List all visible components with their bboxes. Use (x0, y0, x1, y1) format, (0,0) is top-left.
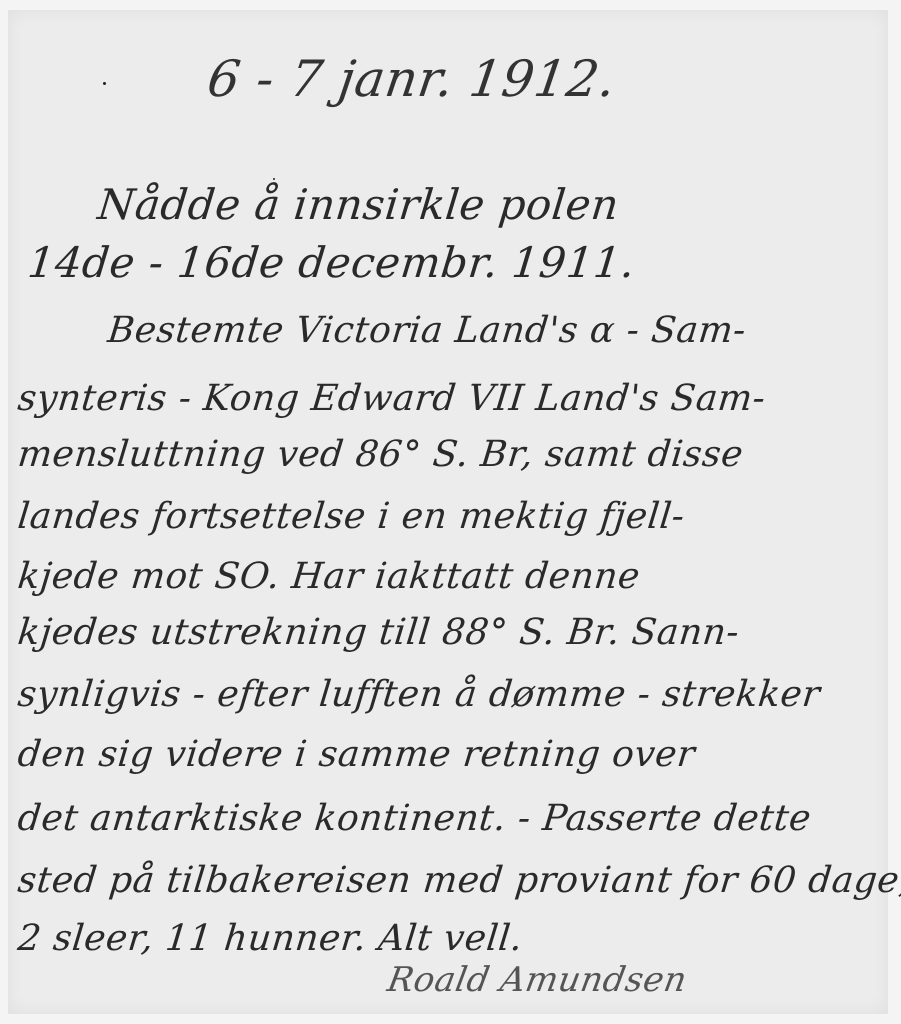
note-line-10: den sig videre i samme retning over (16, 734, 697, 775)
signature: Roald Amundsen (384, 960, 690, 1000)
note-line-5: mensluttning ved 86° S. Br, samt disse (16, 434, 745, 475)
note-line-1: Nådde å innsirkle polen (95, 180, 621, 229)
note-line-9: synligvis - efter lufften å dømme - stre… (16, 674, 822, 715)
note-line-13: 2 sleer, 11 hunner. Alt vell. (16, 918, 525, 959)
note-line-4: synteris - Kong Edward VII Land's Sam- (16, 378, 768, 419)
note-line-3: Bestemte Victoria Land's α - Sam- (106, 310, 748, 351)
date-heading: 6 - 7 janr. 1912. (204, 50, 620, 108)
note-line-7: kjede mot SO. Har iakttatt denne (16, 556, 642, 597)
note-line-11: det antarktiske kontinent. - Passerte de… (16, 798, 813, 839)
note-line-12: sted på tilbakereisen med proviant for 6… (16, 860, 901, 901)
paper-speck (273, 178, 275, 180)
note-line-6: landes fortsettelse i en mektig fjell- (16, 496, 687, 537)
note-line-8: kjedes utstrekning till 88° S. Br. Sann- (16, 612, 741, 653)
paper-speck (103, 82, 106, 85)
note-paper: 6 - 7 janr. 1912. Nådde å innsirkle pole… (8, 10, 888, 1014)
note-line-2: 14de - 16de decembr. 1911. (25, 238, 637, 287)
